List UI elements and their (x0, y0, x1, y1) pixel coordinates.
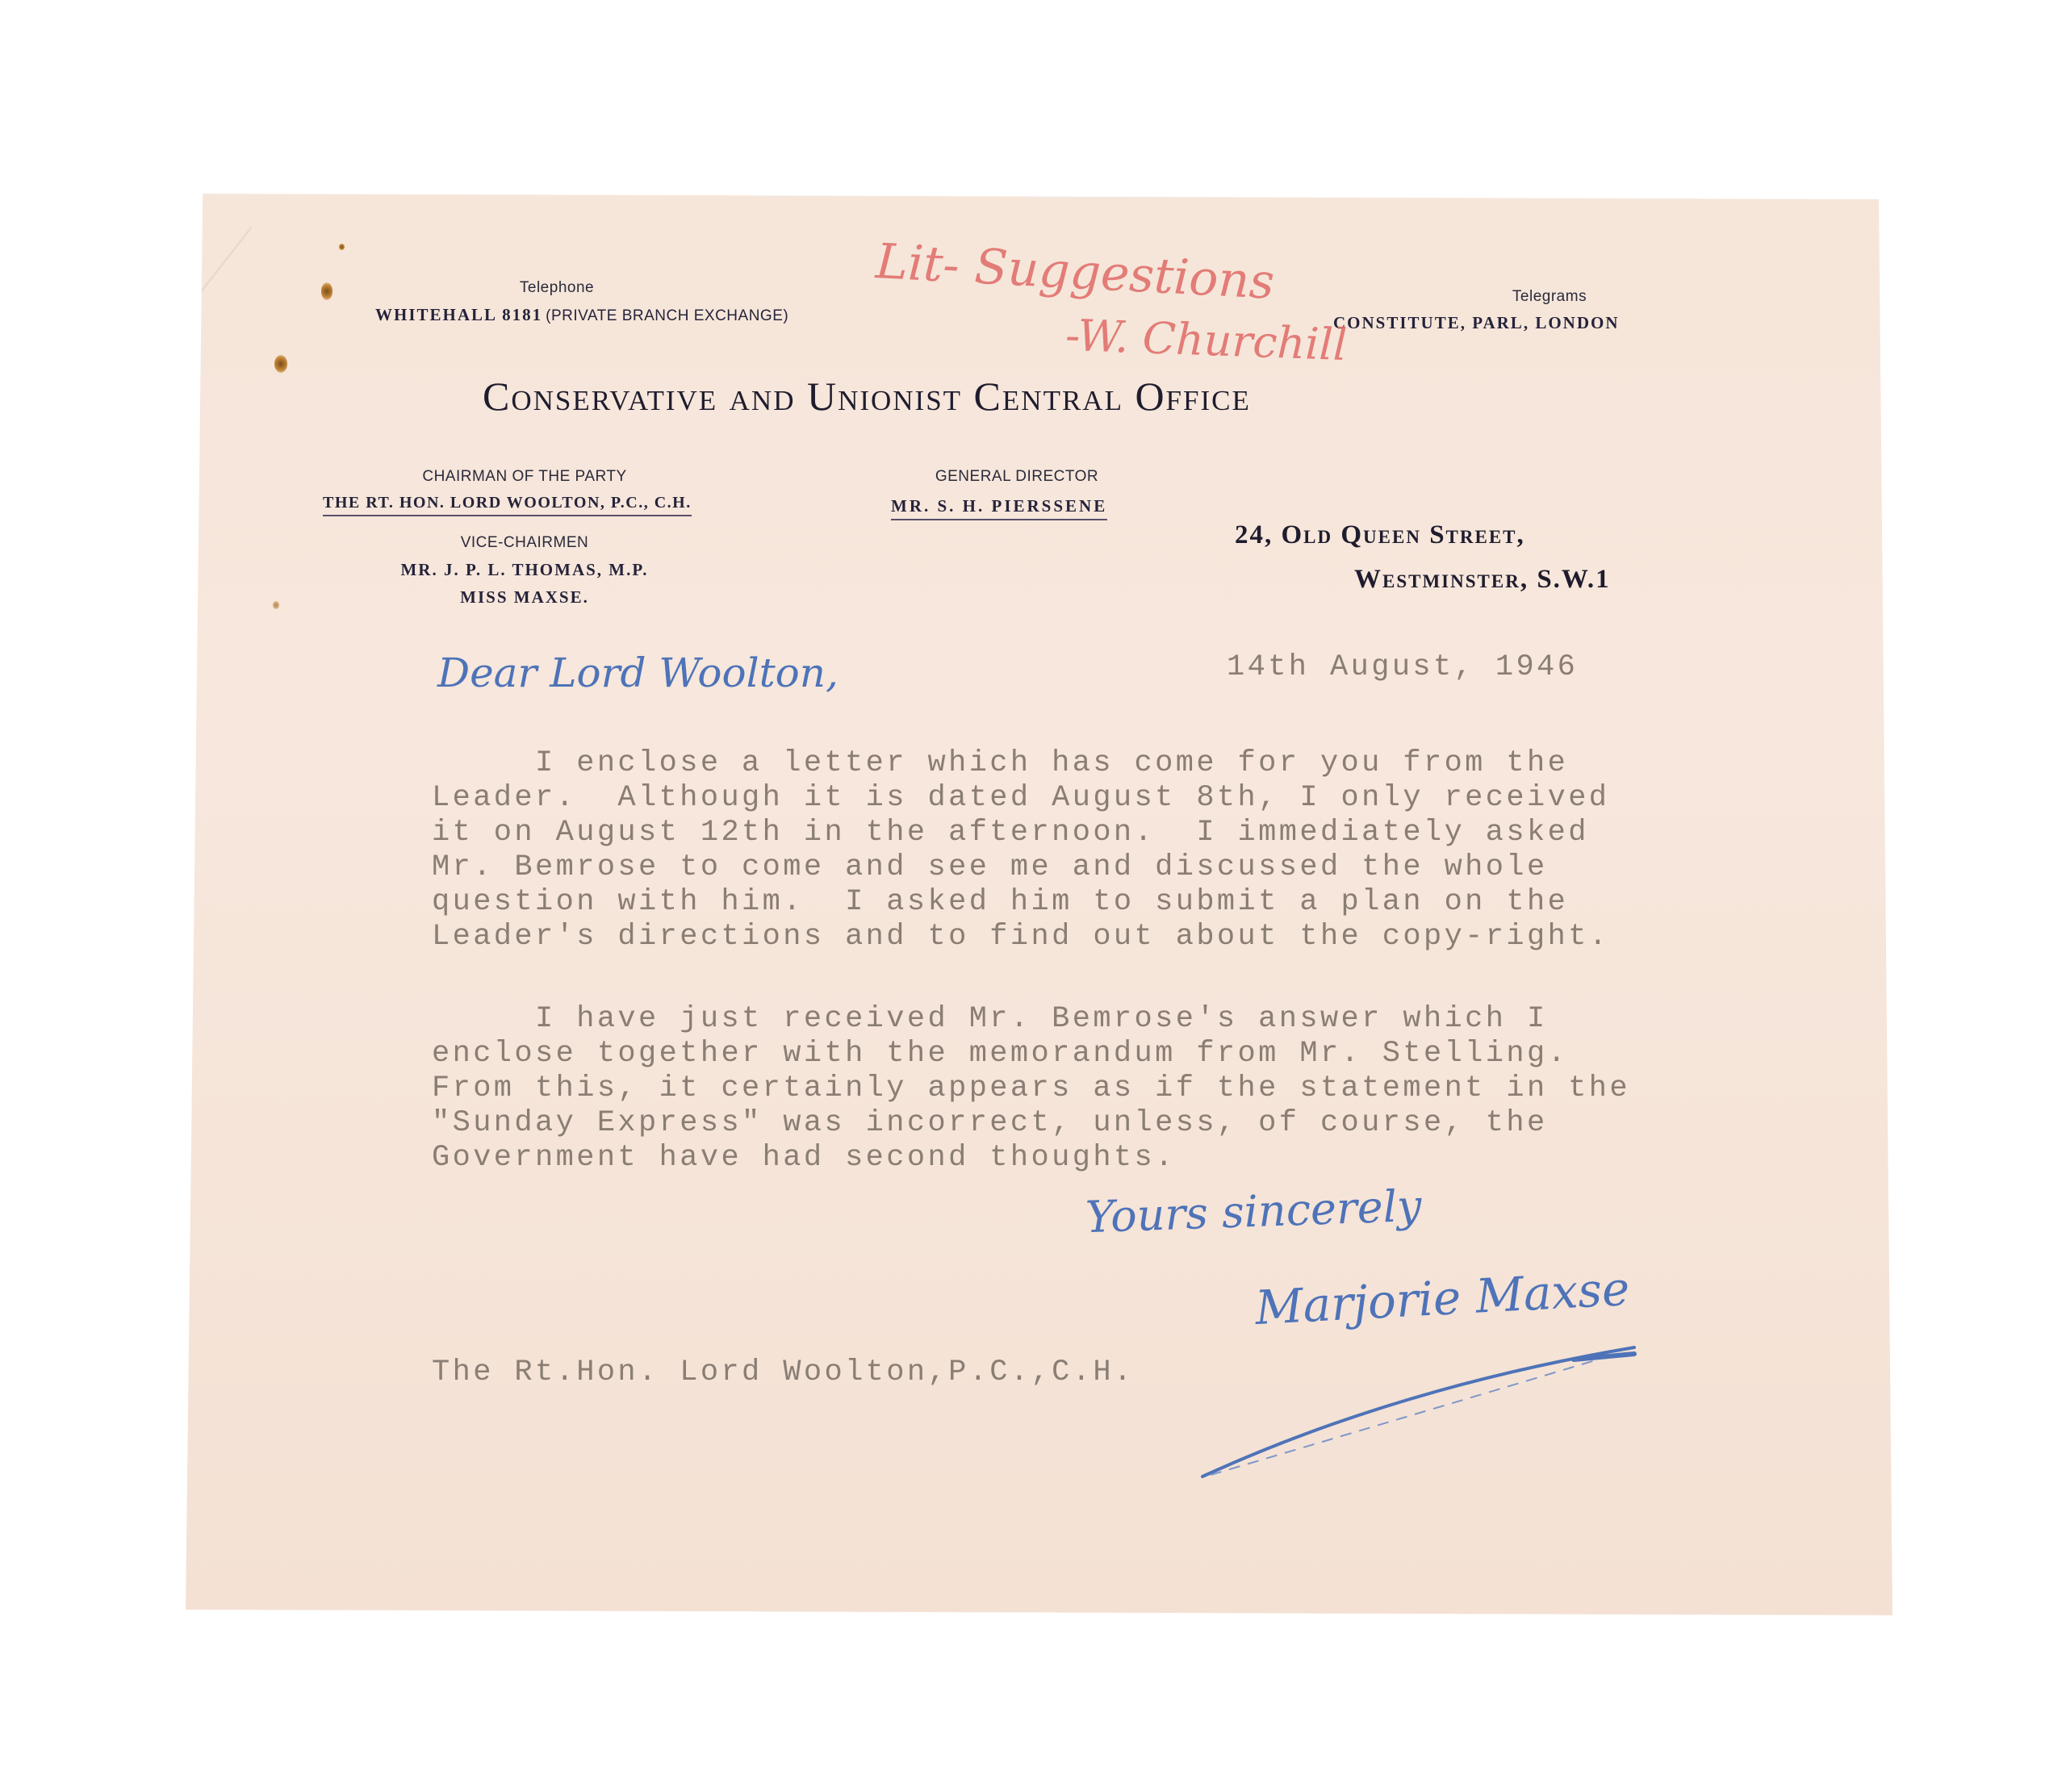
body-line: it on August 12th in the afternoon. I im… (432, 816, 1609, 850)
telegrams-address: CONSTITUTE, PARL, LONDON (1333, 313, 1620, 333)
salutation: Dear Lord Woolton, (437, 650, 839, 696)
paper-fold-crease (2, 226, 253, 546)
body-line: question with him. I asked him to submit… (432, 885, 1609, 920)
letter-sheet: Telephone WHITEHALL 8181 (PRIVATE BRANCH… (186, 194, 1892, 1615)
general-director-name: MR. S. H. PIERSSENE (891, 496, 1107, 520)
address-line-1: 24, Old Queen Street, (1235, 520, 1525, 550)
chairman-label: CHAIRMAN OF THE PARTY (395, 468, 654, 486)
telephone-note: (PRIVATE BRANCH EXCHANGE) (546, 307, 788, 324)
vice-chairman-2: MISS MAXSE. (379, 587, 670, 608)
signature-flourish (1194, 1331, 1646, 1485)
recipient-address: The Rt.Hon. Lord Woolton,P.C.,C.H. (432, 1355, 1135, 1390)
handwritten-annotation-line2: -W. Churchill (1064, 310, 1348, 370)
body-line: I have just received Mr. Bemrose's answe… (432, 1002, 1630, 1037)
vice-chairman-1: MR. J. P. L. THOMAS, M.P. (379, 560, 670, 580)
rust-stain (339, 244, 345, 250)
general-director-label: GENERAL DIRECTOR (896, 468, 1138, 486)
body-line: "Sunday Express" was incorrect, unless, … (432, 1106, 1630, 1141)
body-line: enclose together with the memorandum fro… (432, 1037, 1630, 1071)
letter-date: 14th August, 1946 (1227, 650, 1578, 685)
rust-stain (273, 601, 279, 609)
body-line: I enclose a letter which has come for yo… (432, 746, 1609, 781)
vice-chairmen-label: VICE-CHAIRMEN (404, 534, 646, 552)
telegrams-label: Telegrams (1428, 288, 1671, 306)
organization-title: Conservative and Unionist Central Office (483, 373, 1251, 420)
body-line: Leader's directions and to find out abou… (432, 920, 1609, 954)
telephone-label: Telephone (436, 279, 678, 297)
body-line: Leader. Although it is dated August 8th,… (432, 781, 1609, 816)
handwritten-annotation-line1: Lit- Suggestions (875, 233, 1276, 311)
body-paragraph-1: I enclose a letter which has come for yo… (432, 746, 1609, 954)
body-line: Mr. Bemrose to come and see me and discu… (432, 850, 1609, 885)
rust-stain (321, 282, 332, 300)
body-line: Government have had second thoughts. (432, 1141, 1630, 1176)
address-line-2: Westminster, S.W.1 (1354, 565, 1611, 595)
telephone-line: WHITEHALL 8181 (PRIVATE BRANCH EXCHANGE) (375, 305, 788, 325)
closing: Yours sincerely (1085, 1180, 1422, 1243)
telephone-number: WHITEHALL 8181 (375, 305, 542, 324)
signature: Marjorie Maxse (1254, 1261, 1631, 1335)
body-line: From this, it certainly appears as if th… (432, 1071, 1630, 1106)
rust-stain (274, 355, 287, 373)
chairman-name: THE RT. HON. LORD WOOLTON, P.C., C.H. (323, 494, 692, 516)
body-paragraph-2: I have just received Mr. Bemrose's answe… (432, 1002, 1630, 1176)
